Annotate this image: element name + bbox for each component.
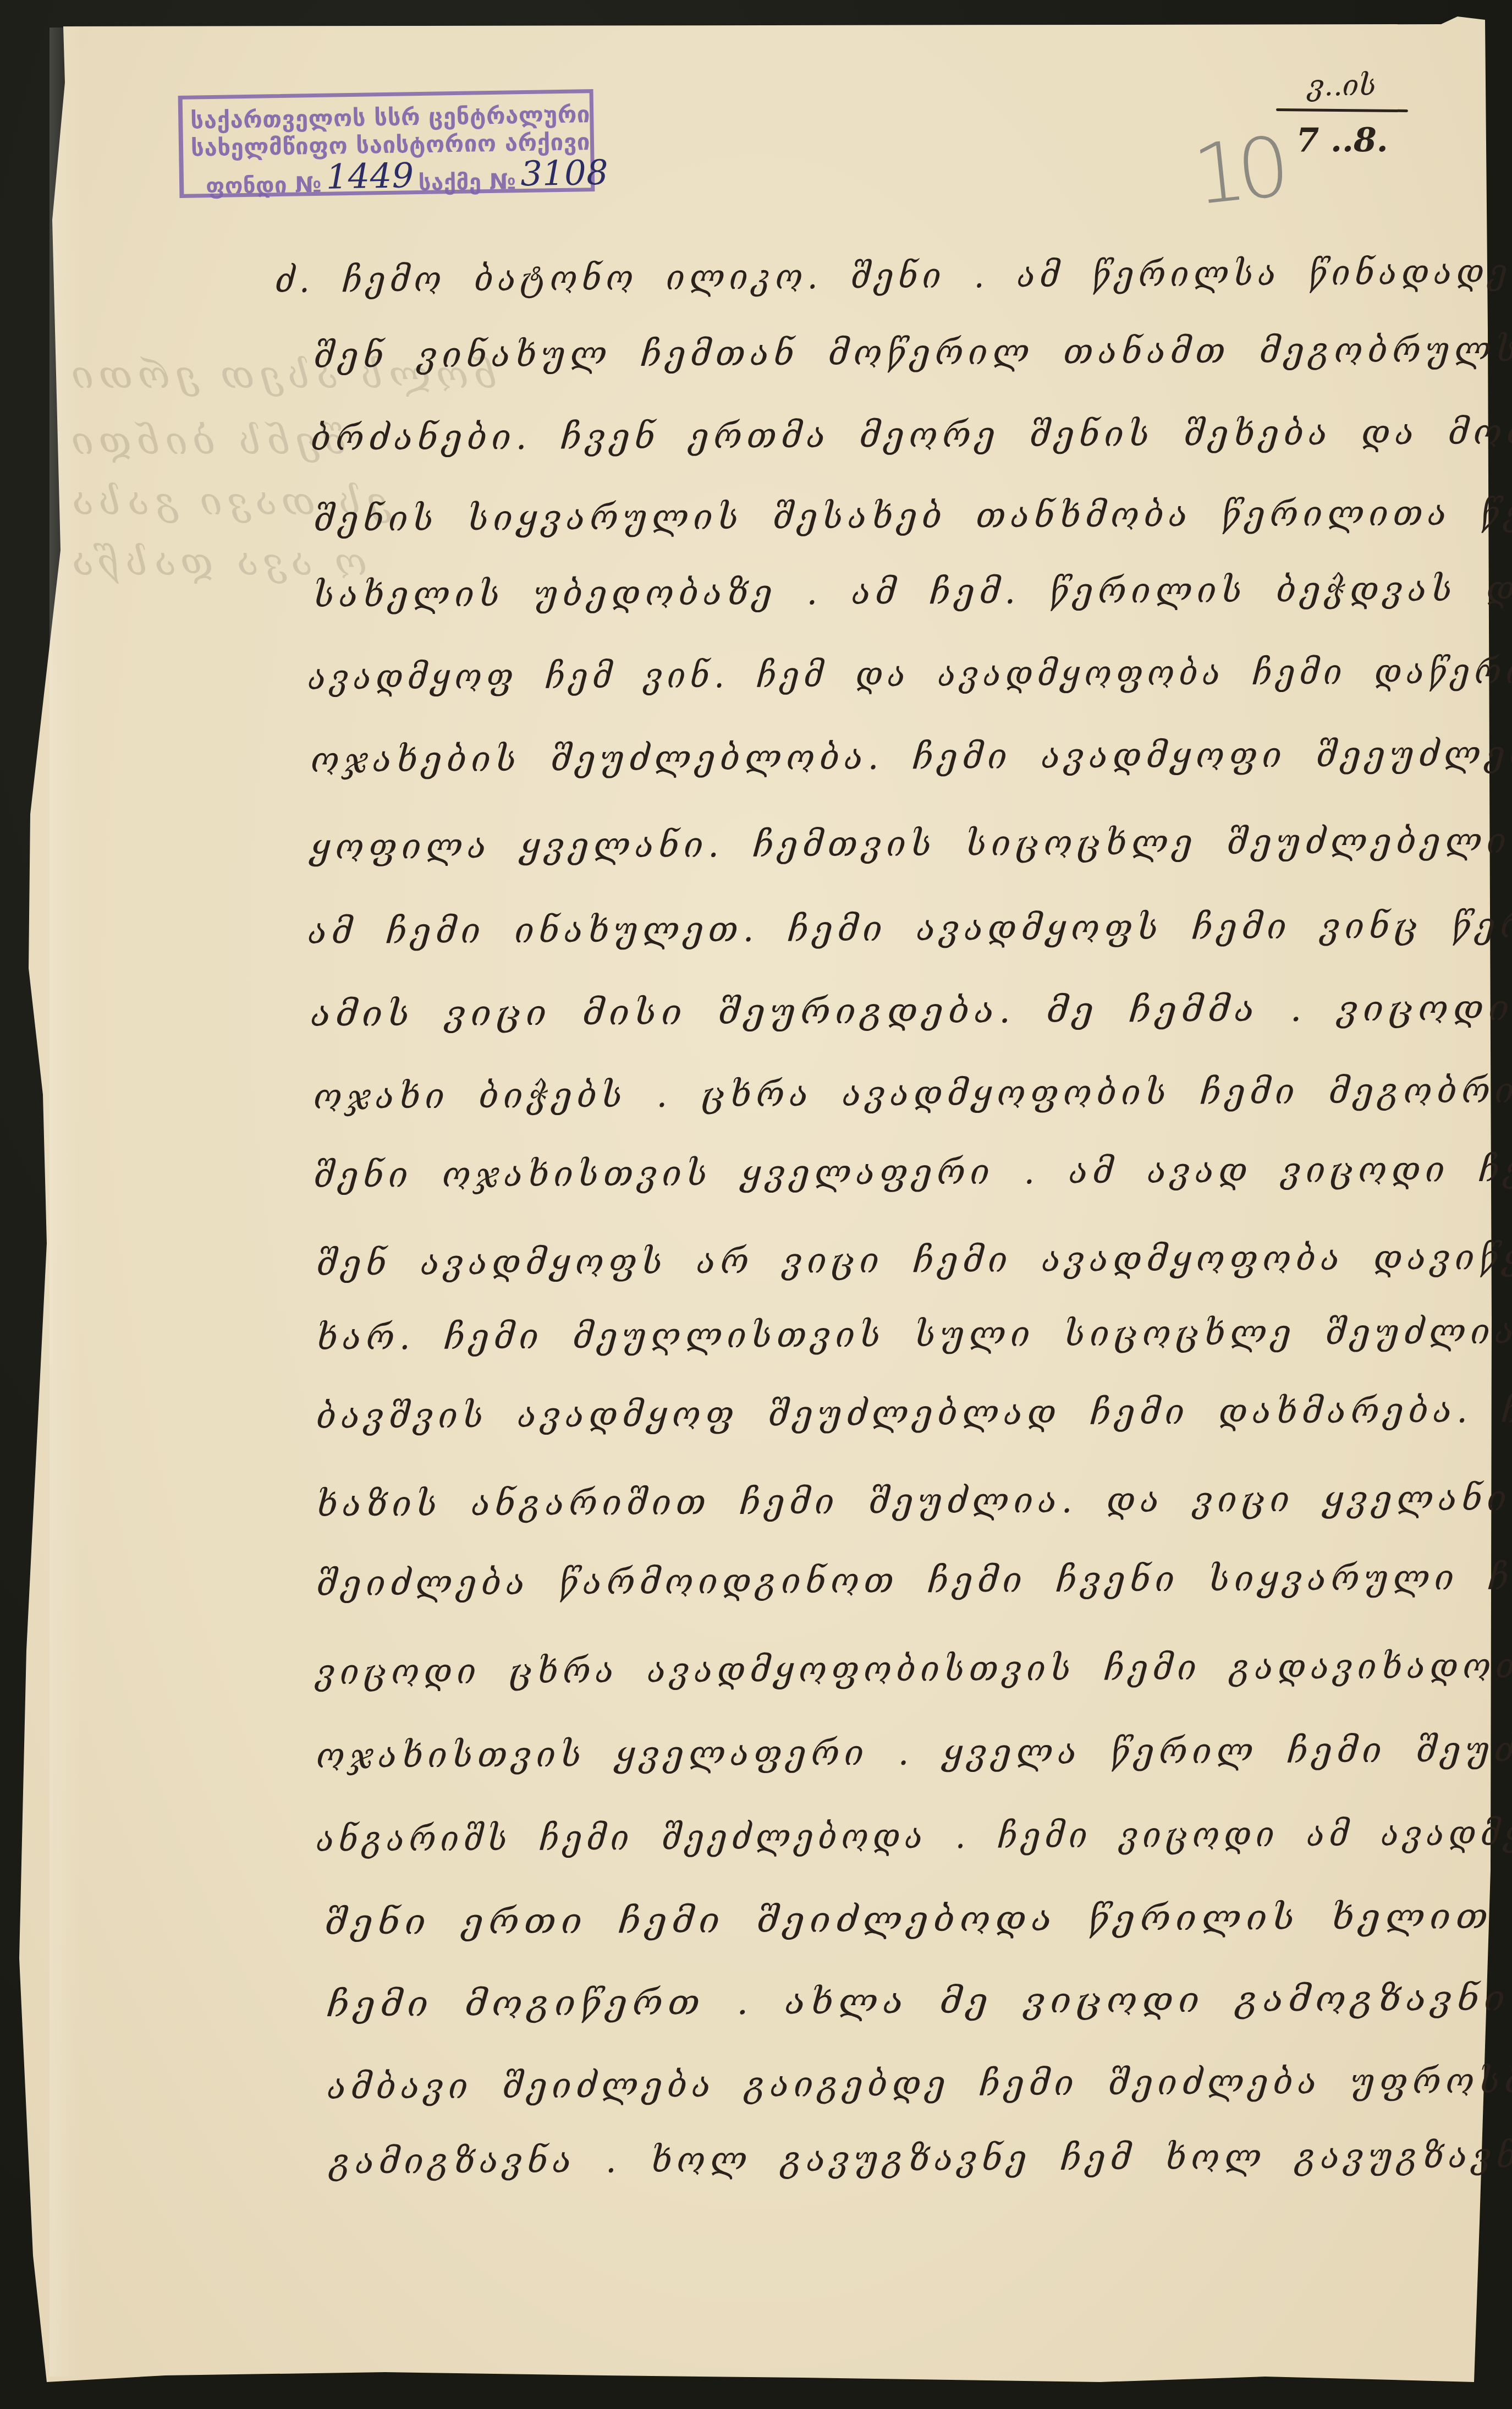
handwritten-line: შენი ოჯახისთვის ყველაფერი . ამ ავად ვიცო…: [314, 1151, 1512, 1193]
handwritten-line: შეიძლება წარმოიდგინოთ ჩემი ჩვენი სიყვარუ…: [316, 1559, 1512, 1601]
handwritten-line: ბავშვის ავადმყოფ შეუძლებლად ჩემი დახმარე…: [316, 1392, 1512, 1434]
handwritten-line: ძ. ჩემო ბატონო ილიკო. შენი . ამ წერილსა …: [275, 253, 1512, 298]
handwritten-line: შენის სიყვარულის შესახებ თანხმობა წერილი…: [314, 495, 1512, 537]
handwritten-line: ოჯახი ბიჭებს . ცხრა ავადმყოფობის ჩემი მე…: [314, 1072, 1512, 1115]
handwritten-line: ჩემი მოგიწერთ . ახლა მე ვიცოდი გამოგზავნ…: [327, 1981, 1510, 2022]
handwritten-line: ხარ. ჩემი მეუღლისთვის სული სიცოცხლე შეუძ…: [316, 1314, 1512, 1356]
handwritten-line: ოჯახების შეუძლებლობა. ჩემი ავადმყოფი შეე…: [311, 736, 1512, 778]
handwritten-line: ამ ჩემი ინახულეთ. ჩემი ავადმყოფს ჩემი ვი…: [308, 907, 1512, 950]
handwritten-line: ოჯახისთვის ყველაფერი . ყველა წერილ ჩემი …: [316, 1732, 1512, 1774]
handwritten-line: ავადმყოფ ჩემ ვინ. ჩემ და ავადმყოფობა ჩემ…: [308, 652, 1512, 695]
handwritten-line: ამბავი შეიძლება გაიგებდე ჩემი შეიძლება უ…: [327, 2063, 1512, 2105]
handwritten-line: ხაზის ანგარიშით ჩემი შეუძლია. და ვიცი ყვ…: [316, 1480, 1512, 1522]
handwritten-line: გამიგზავნა . ხოლ გავუგზავნე ჩემ ხოლ გავუ…: [330, 2138, 1512, 2180]
handwritten-line: შენი ერთი ჩემი შეიძლებოდა წერილის ხელით: [325, 1899, 1493, 1940]
handwritten-line: სახელის უბედობაზე . ამ ჩემ. წერილის ბეჭდ…: [314, 570, 1512, 613]
handwritten-line: ანგარიშს ჩემი შეეძლებოდა . ჩემი ვიცოდი ა…: [316, 1815, 1512, 1857]
handwritten-line: ამის ვიცი მისი შეურიგდება. მე ჩემმა . ვი…: [311, 991, 1512, 1032]
handwritten-line: ვიცოდი ცხრა ავადმყოფობისთვის ჩემი გადავი…: [316, 1648, 1512, 1690]
handwritten-line: ბრძანები. ჩვენ ერთმა მეორე შენის შეხება …: [311, 414, 1512, 456]
handwritten-line: შენ ავადმყოფს არ ვიცი ჩემი ავადმყოფობა დ…: [316, 1239, 1512, 1281]
letter-body: ძ. ჩემო ბატონო ილიკო. შენი . ამ წერილსა …: [0, 0, 1512, 2409]
handwritten-line: შენ ვინახულ ჩემთან მოწერილ თანამთ მეგობრ…: [314, 331, 1512, 374]
handwritten-line: ყოფილა ყველანი. ჩემთვის სიცოცხლე შეუძლებ…: [311, 822, 1512, 865]
